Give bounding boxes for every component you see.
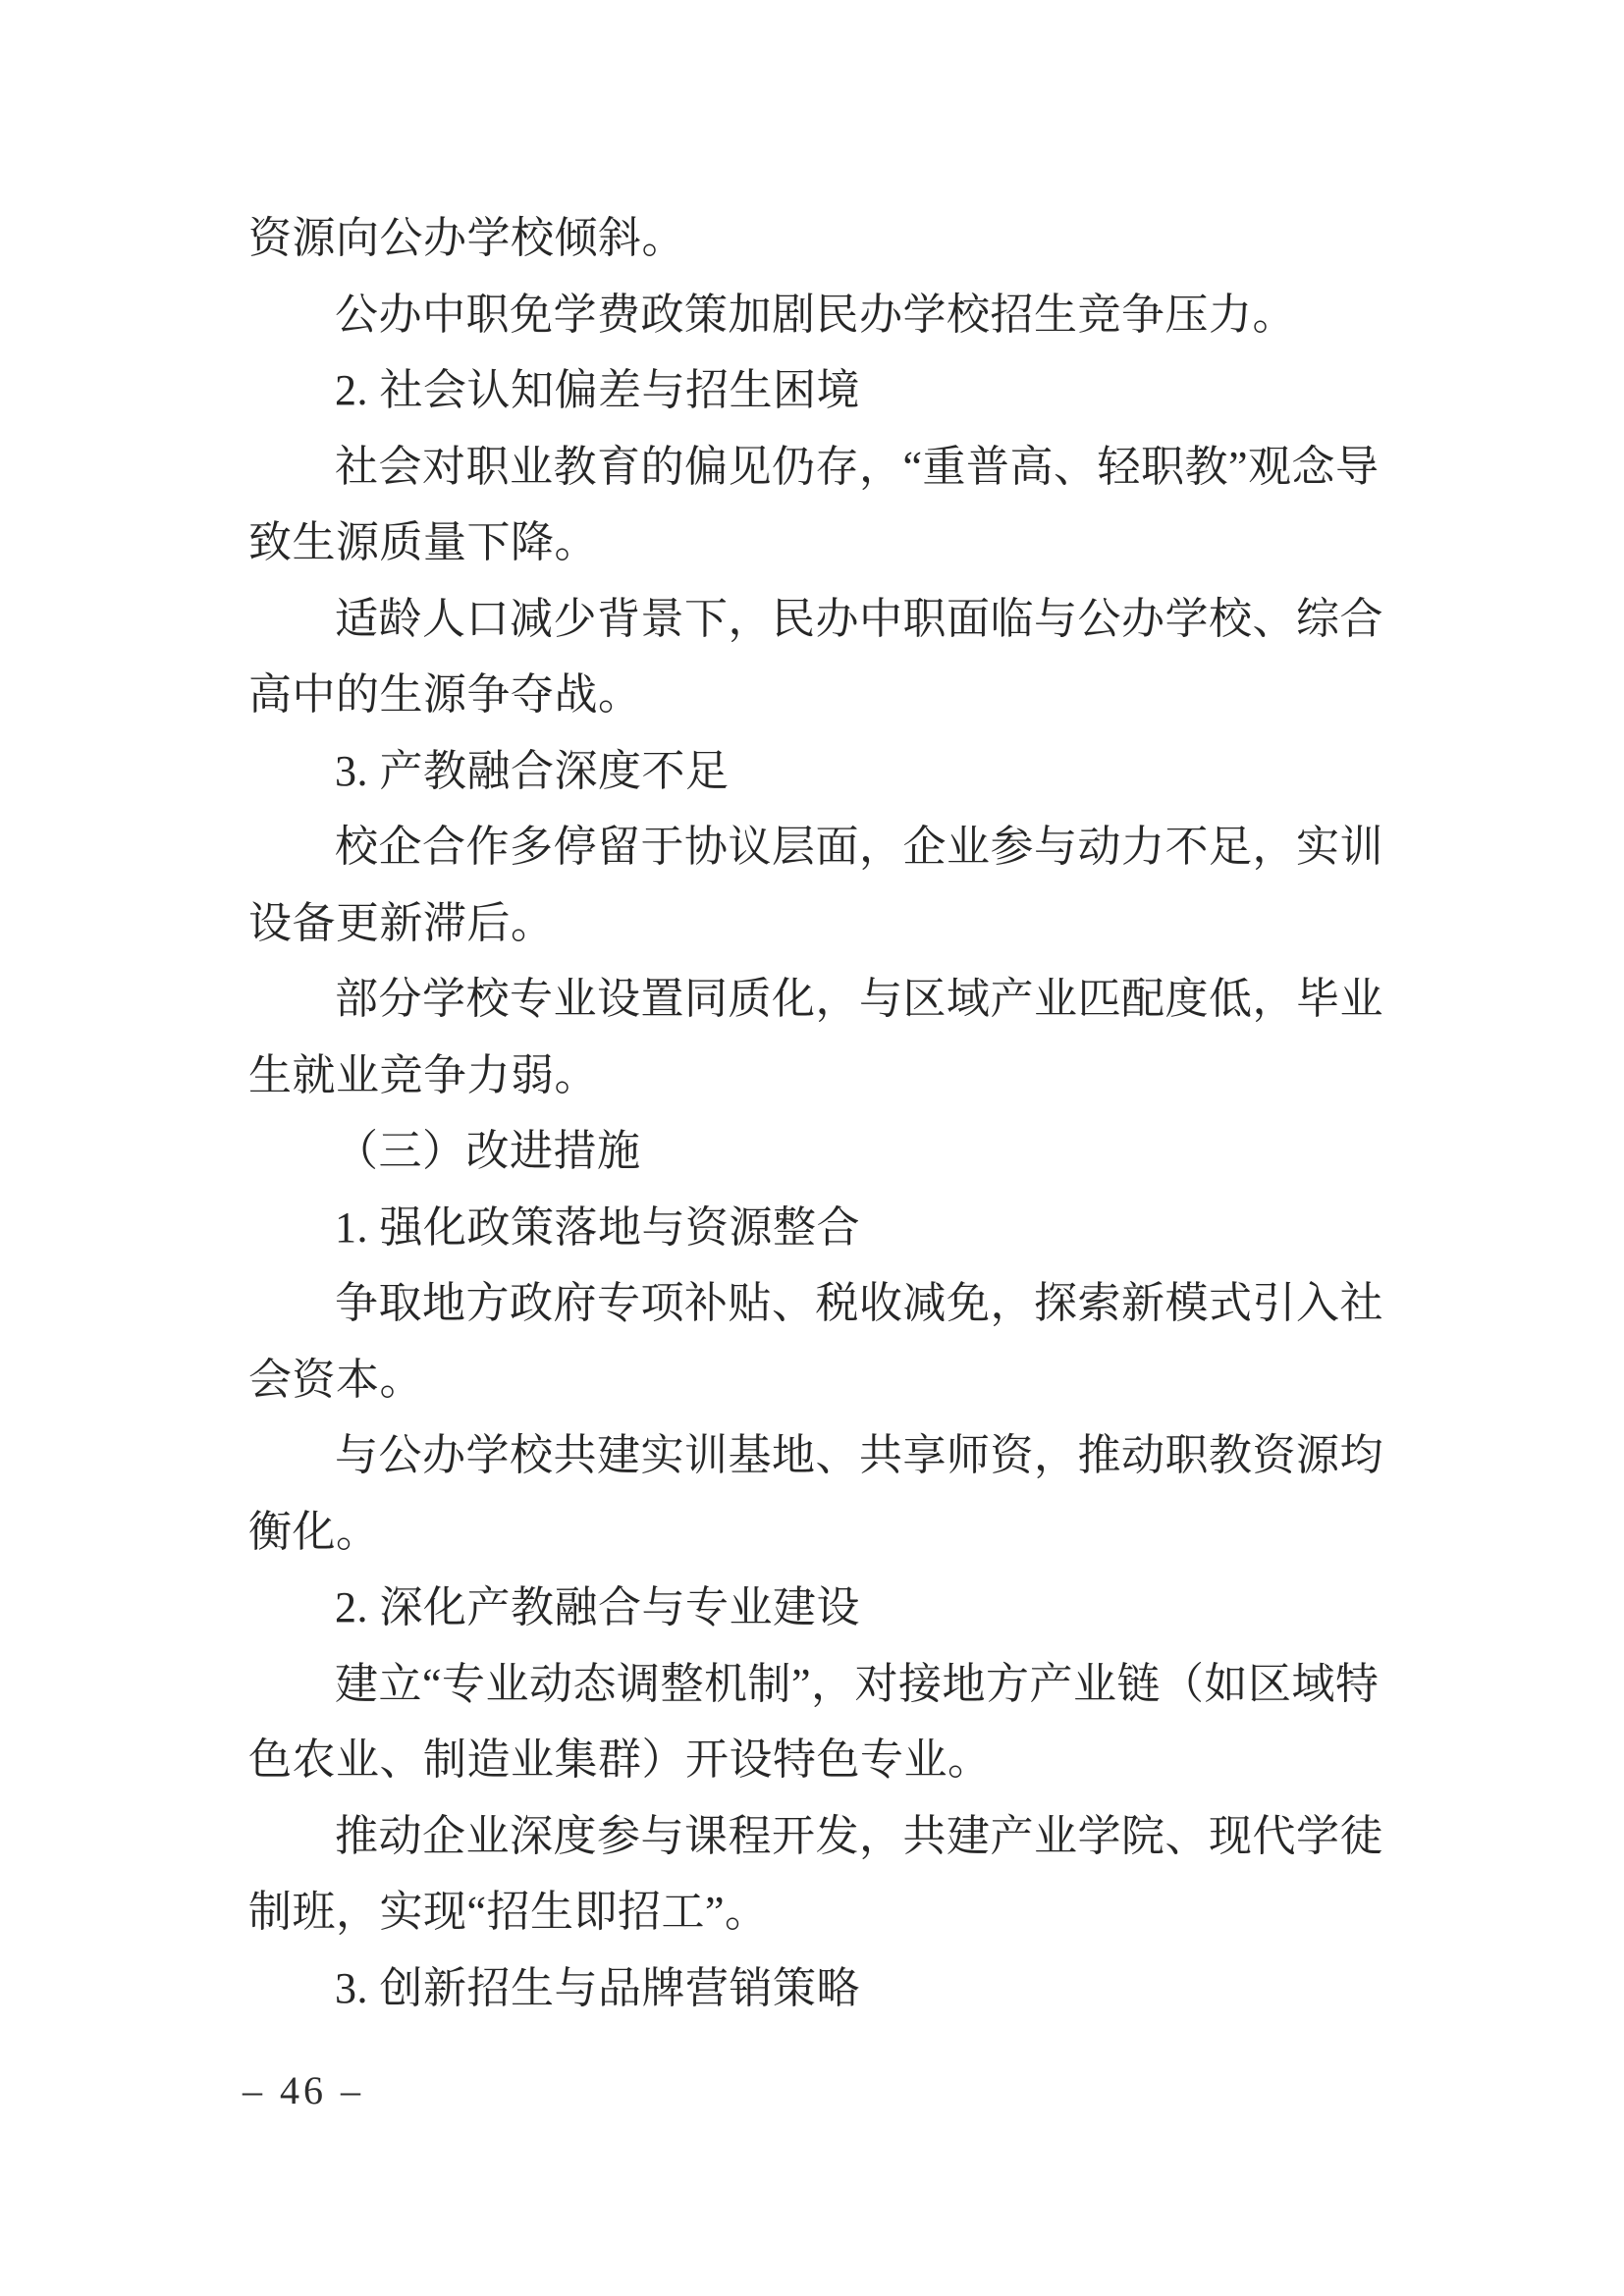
text-line: 2. 深化产教融合与专业建设 — [248, 1570, 1423, 1646]
text-line: 致生源质量下降。 — [248, 505, 1423, 581]
text-line: 适龄人口减少背景下，民办中职面临与公办学校、综合 — [248, 581, 1423, 658]
text-line: 校企合作多停留于协议层面，企业参与动力不足，实训 — [248, 809, 1423, 885]
text-line: 社会对职业教育的偏见仍存，“重普高、轻职教”观念导 — [248, 429, 1423, 506]
text-line: 与公办学校共建实训基地、共享师资，推动职教资源均 — [248, 1417, 1423, 1494]
text-line: 会资本。 — [248, 1342, 1423, 1418]
text-line: 制班，实现“招生即招工”。 — [248, 1874, 1423, 1950]
text-line: 高中的生源争夺战。 — [248, 657, 1423, 733]
page-number: – 46 – — [243, 2065, 364, 2116]
text-line: 3. 产教融合深度不足 — [248, 733, 1423, 810]
text-line: 2. 社会认知偏差与招生困境 — [248, 352, 1423, 429]
text-line: 公办中职免学费政策加剧民办学校招生竞争压力。 — [248, 277, 1423, 353]
text-line: 设备更新滞后。 — [248, 885, 1423, 962]
text-line: 色农业、制造业集群）开设特色专业。 — [248, 1722, 1423, 1798]
text-line: 资源向公办学校倾斜。 — [248, 200, 1423, 277]
text-line: 建立“专业动态调整机制”，对接地方产业链（如区域特 — [248, 1646, 1423, 1723]
text-block: 资源向公办学校倾斜。 公办中职免学费政策加剧民办学校招生竞争压力。 2. 社会认… — [248, 200, 1423, 2026]
text-line: 1. 强化政策落地与资源整合 — [248, 1190, 1423, 1266]
text-line: 争取地方政府专项补贴、税收减免，探索新模式引入社 — [248, 1265, 1423, 1342]
text-line: 部分学校专业设置同质化，与区域产业匹配度低，毕业 — [248, 961, 1423, 1038]
text-line: 衡化。 — [248, 1494, 1423, 1571]
text-line: 3. 创新招生与品牌营销策略 — [248, 1950, 1423, 2027]
text-line: （三）改进措施 — [248, 1113, 1423, 1190]
text-line: 推动企业深度参与课程开发，共建产业学院、现代学徒 — [248, 1798, 1423, 1875]
text-line: 生就业竞争力弱。 — [248, 1038, 1423, 1114]
document-page: 资源向公办学校倾斜。 公办中职免学费政策加剧民办学校招生竞争压力。 2. 社会认… — [0, 0, 1624, 2296]
